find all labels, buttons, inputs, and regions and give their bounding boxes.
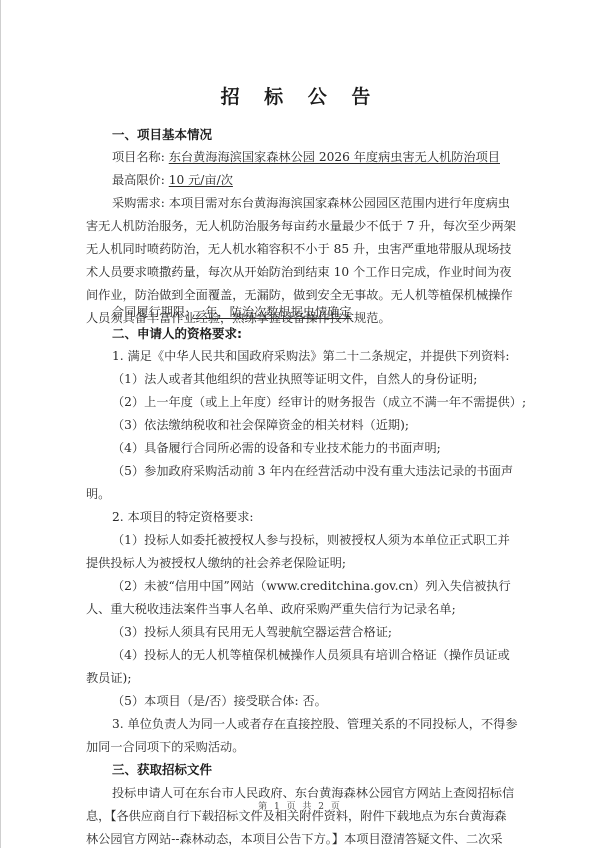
qualification-line: （2）上一年度（或上上年度）经审计的财务报告（成立不满一年不需提供）; — [112, 390, 526, 414]
document-title: 招 标 公 告 — [0, 82, 600, 109]
qualification-line: （3）投标人须具有民用无人驾驶航空器运营合格证; — [112, 620, 392, 644]
max-price-row: 最高限价: 10 元/亩/次 — [112, 168, 233, 192]
project-name-label: 项目名称: — [112, 150, 169, 164]
qualification-line: 人、重大税收违法案件当事人名单、政府采购严重失信行为记录名单; — [86, 597, 456, 621]
project-name-value: 东台黄海海滨国家森林公园 2026 年度病虫害无人机防治项目 — [169, 150, 500, 164]
project-name-row: 项目名称: 东台黄海海滨国家森林公园 2026 年度病虫害无人机防治项目 — [112, 145, 500, 169]
section-heading-2: 二、申请人的资格要求: — [112, 322, 242, 346]
contract-term-label: 合同履行期限: — [112, 305, 193, 319]
section-heading-1: 一、项目基本情况 — [112, 123, 212, 147]
qualification-line: 1. 满足《中华人民共和国政府采购法》第二十二条规定，并提供下列资料: — [112, 344, 509, 368]
qualification-line: （4）具备履行合同所必需的设备和专业技术能力的书面声明; — [112, 436, 441, 460]
qualification-line: （5）参加政府采购活动前 3 年内在经营活动中没有重大违法记录的书面声 — [112, 459, 513, 483]
requirements-line: 术人员要求喷撒药量，每次从开始防治到结束 10 个工作日完成，作业时间为夜 — [86, 260, 511, 284]
qualification-line: （2）未被“信用中国”网站（www.creditchina.gov.cn）列入失… — [112, 574, 511, 598]
max-price-value: 10 元/亩/次 — [169, 173, 233, 187]
qualification-line: 2. 本项目的特定资格要求: — [112, 505, 253, 529]
qualification-line: （4）投标人的无人机等植保机械操作人员须具有培训合格证（操作员证或 — [112, 643, 510, 667]
max-price-label: 最高限价: — [112, 173, 169, 187]
requirements-line: 采购需求: 本项目需对东台黄海海滨国家森林公园园区范围内进行年度病虫 — [112, 191, 510, 215]
qualification-line: （3）依法缴纳税收和社会保障资金的相关材料（近期); — [112, 413, 409, 437]
requirements-line: 害无人机防治服务，无人机防治服务每亩药水量最少不低于 7 升，每次至少两架 — [86, 214, 516, 238]
requirements-line: 无人机同时喷药防治，无人机水箱容积不小于 85 升，虫害严重地带服从现场技 — [86, 237, 511, 261]
qualification-line: （1）投标人如委托被授权人参与投标，则被授权人须为本单位正式职工并 — [112, 528, 510, 552]
contract-term-row: 合同履行期限: 一年，防治次数根据虫情确定 — [112, 300, 352, 324]
qualification-line: 3. 单位负责人为同一人或者存在直接控股、管理关系的不同投标人，不得参 — [112, 712, 518, 736]
page-edge — [0, 0, 1, 848]
contract-term-value: 一年，防治次数根据虫情确定 — [193, 305, 351, 319]
qualification-line: 加同一合同项下的采购活动。 — [86, 735, 244, 759]
qualification-line: （1）法人或者其他组织的营业执照等证明文件，自然人的身份证明; — [112, 367, 477, 391]
page-number: 第 1 页 共 2 页 — [0, 799, 600, 812]
section-heading-3: 三、获取招标文件 — [112, 758, 212, 782]
qualification-line: 明。 — [86, 482, 110, 506]
obtain-docs-line: 林公园官方网站--森林动态，本项目公告下方。】本项目澄清答疑文件、二次采 — [86, 827, 503, 848]
qualification-line: 教员证); — [86, 666, 131, 690]
qualification-line: （5）本项目（是/否）接受联合体: 否。 — [112, 689, 327, 713]
qualification-line: 提供投标人为被授权人缴纳的社会养老保险证明; — [86, 551, 346, 575]
